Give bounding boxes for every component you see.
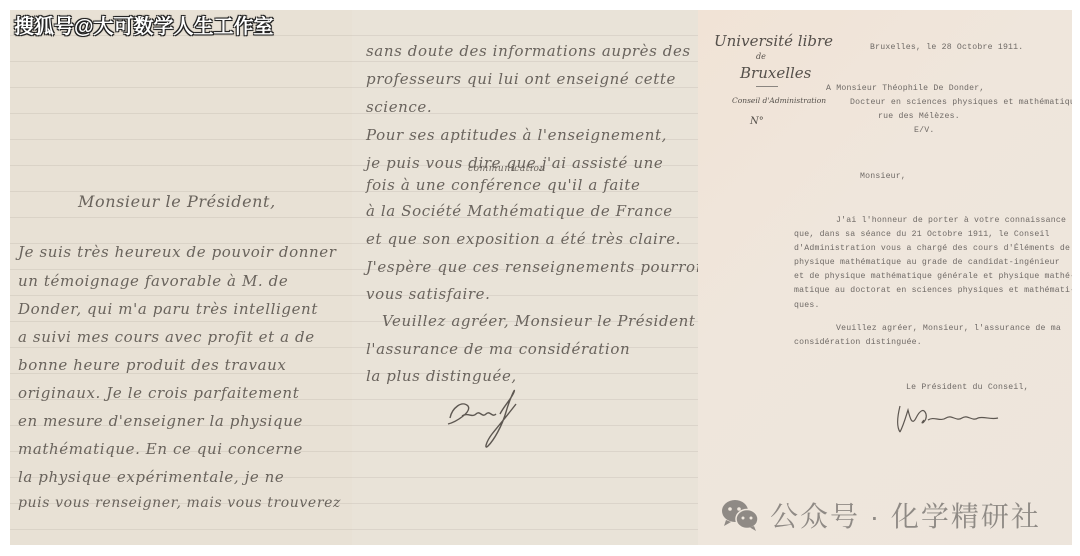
letterhead-department: Conseil d'Administration — [732, 96, 826, 105]
signatory-title: Le Président du Conseil, — [906, 383, 1029, 392]
handwritten-line: la physique expérimentale, je ne — [18, 468, 284, 486]
address-line: rue des Mélèzes. — [878, 112, 960, 121]
body-line: et de physique mathématique générale et … — [794, 272, 1072, 281]
letter-page-3: Université libre de Bruxelles Conseil d'… — [698, 10, 1072, 545]
body-line: matique au doctorat en sciences physique… — [794, 286, 1072, 295]
address-line: Docteur en sciences physiques et mathéma… — [850, 98, 1072, 107]
handwritten-line: en mesure d'enseigner la physique — [18, 412, 303, 430]
handwritten-line: fois à une conférence qu'il a faite — [366, 176, 640, 194]
letter-page-1: Monsieur le Président, Je suis très heur… — [10, 10, 352, 545]
closing-line: Veuillez agréer, Monsieur, l'assurance d… — [836, 324, 1061, 333]
handwritten-line: puis vous renseigner, mais vous trouvere… — [18, 495, 341, 511]
handwritten-line: l'assurance de ma considération — [366, 340, 630, 358]
poincare-signature — [442, 378, 552, 458]
handwritten-line: a suivi mes cours avec profit et a de — [18, 328, 315, 346]
handwritten-line: mathématique. En ce qui concerne — [18, 440, 303, 458]
rommelaere-signature — [894, 398, 1014, 438]
letterhead-divider — [756, 86, 778, 87]
handwritten-line: bonne heure produit des travaux — [18, 356, 287, 374]
body-line: physique mathématique au grade de candid… — [794, 258, 1060, 267]
wechat-icon — [720, 498, 760, 532]
body-line: ques. — [794, 301, 820, 310]
letterhead-de: de — [756, 52, 766, 61]
handwritten-line: et que son exposition a été très claire. — [366, 230, 681, 248]
address-line: E/V. — [914, 126, 934, 135]
handwritten-line: Donder, qui m'a paru très intelligent — [18, 300, 318, 318]
handwritten-line: à la Société Mathématique de France — [366, 202, 673, 220]
letterhead-university: Université libre — [714, 32, 833, 50]
handwritten-line: Pour ses aptitudes à l'enseignement, — [366, 126, 667, 144]
handwritten-line: J'espère que ces renseignements pourront — [366, 258, 698, 276]
handwritten-line: originaux. Je le crois parfaitement — [18, 384, 299, 402]
handwritten-line: sans doute des informations auprès des — [366, 42, 691, 60]
letter-page-2: sans doute des informations auprès des p… — [352, 10, 698, 545]
letter-date: Bruxelles, le 28 Octobre 1911. — [870, 43, 1023, 52]
handwritten-line: Je suis très heureux de pouvoir donner — [18, 243, 337, 261]
watermark-sohu: 搜狐号@大可数学人生工作室 — [14, 10, 274, 39]
body-line: d'Administration vous a chargé des cours… — [794, 244, 1070, 253]
handwritten-line: vous satisfaire. — [366, 285, 491, 303]
letterhead-city: Bruxelles — [740, 64, 811, 82]
handwritten-line: science. — [366, 98, 432, 116]
letterhead-ref: N° — [750, 116, 764, 127]
handwritten-line: professeurs qui lui ont enseigné cette — [366, 70, 676, 88]
insertion-note: communication — [468, 164, 546, 174]
handwritten-line: Veuillez agréer, Monsieur le Président — [382, 312, 696, 330]
greeting: Monsieur, — [860, 172, 906, 181]
salutation: Monsieur le Président, — [78, 192, 276, 211]
closing-line: considération distinguée. — [794, 338, 922, 347]
handwritten-line: un témoignage favorable à M. de — [18, 272, 288, 290]
watermark-wechat-text: 公众号 · 化学精研社 — [770, 495, 1041, 535]
body-line: J'ai l'honneur de porter à votre connais… — [836, 216, 1066, 225]
body-line: que, dans sa séance du 21 Octobre 1911, … — [794, 230, 1050, 239]
address-line: A Monsieur Théophile De Donder, — [826, 84, 985, 93]
watermark-wechat: 公众号 · 化学精研社 — [720, 495, 1041, 535]
